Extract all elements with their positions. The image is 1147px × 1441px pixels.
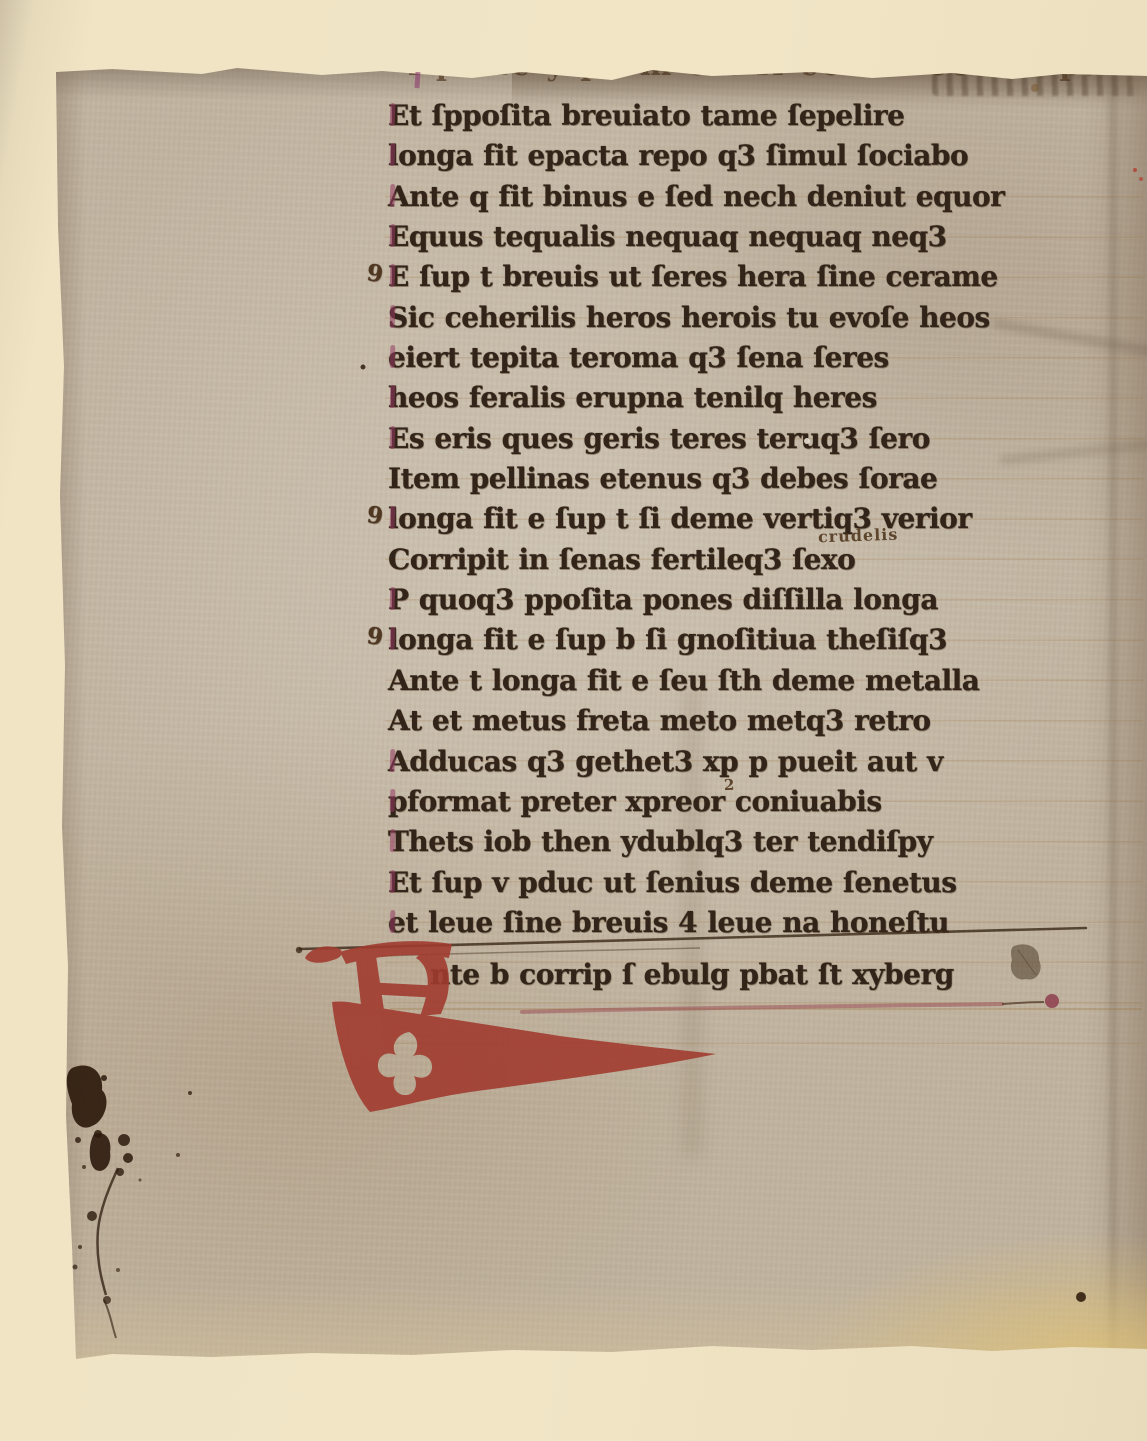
line-text: t ſup v pduc ut ſenius deme ſenetus (409, 866, 957, 899)
line-text: t ſppoſita breuiato tame ſepelire (409, 99, 905, 132)
parchment-top-shading-right (512, 66, 1147, 110)
manuscript-line: Item pellinas etenus q3 debes ſorae (388, 459, 1147, 499)
line-initial: A (388, 742, 409, 782)
line-initial: A (388, 177, 409, 217)
line-initial: C (388, 540, 410, 580)
manuscript-line: eiert tepita teroma q3 ſena ſeres (388, 338, 1147, 378)
line-initial: E (388, 863, 409, 903)
drop-cap-line-text: nte b corrip ſ ebulg pbat ſt xyberg (430, 958, 954, 991)
manuscript-line: 9longa fit e ſup t ſi deme vertiq3 verio… (388, 499, 1147, 539)
manuscript-line: et leue ſine breuis 4 leue na honeſtu (388, 903, 1147, 943)
manuscript-line: heos feralis erupna tenilq heres (388, 378, 1147, 418)
line-text: ſup t breuis ut ſeres hera ſine cerame (409, 260, 998, 293)
line-text: t leue ſine breuis 4 leue na honeſtu (405, 906, 949, 939)
ruling-lines (385, 196, 1143, 1046)
trimmed-text-remnant: ı pa ſc y pe m eſt ſı co ſut ecu ıc pa ſ… (408, 67, 1098, 96)
interlinear-gloss: crudelis (818, 527, 899, 546)
center-fold-crease (684, 686, 700, 1156)
manuscript-line: P quoq3 ppoſita pones diſſilla longa (388, 580, 1147, 620)
line-initial: S (388, 298, 408, 338)
line-initial: E (388, 257, 409, 297)
line-initial: e (388, 338, 405, 378)
line-text: tem pellinas etenus q3 debes ſorae (401, 462, 938, 495)
line-text: quus tequalis nequaq nequaq neq3 (409, 220, 947, 253)
line-initial: e (388, 903, 405, 943)
superscript-note: 2 (724, 778, 735, 793)
line-text: eos feralis erupna tenilq heres (408, 381, 877, 414)
manuscript-line: Et ſppoſita breuiato tame ſepelire (388, 96, 1147, 136)
manuscript-line: 9E ſup t breuis ut ſeres hera ſine ceram… (388, 257, 1147, 297)
paragraph-marker: 9 (365, 625, 384, 650)
line-text: onga fit e ſup b ſi gnoſitiua theſiſq3 (398, 623, 947, 656)
trimmed-text: ı pa ſc y pe m eſt ſı co ſut ecu ıc pa ſ… (408, 67, 1098, 81)
drop-cap-line: Ante b corrip ſ ebulg pbat ſt xyberg (430, 955, 954, 995)
paragraph-marker: 9 (365, 261, 384, 286)
parchment-top-shading (52, 66, 1147, 100)
manuscript-line: longa fit epacta repo q3 ſimul ſociabo (388, 136, 1147, 176)
crease-mark (993, 319, 1147, 356)
vertical-crease (1109, 66, 1117, 1364)
line-text: onga fit epacta repo q3 ſimul ſociabo (398, 139, 968, 172)
line-initial: E (388, 419, 409, 459)
manuscript-line: Ante t longa fit e ſeu ſth deme metalla (388, 661, 1147, 701)
manuscript-line: Sic ceherilis heros herois tu evoſe heos (388, 298, 1147, 338)
line-initial: l (388, 499, 398, 539)
manuscript-line: 9longa fit e ſup b ſi gnoſitiua theſiſq3 (388, 620, 1147, 660)
line-text: quoq3 ppoſita pones diſſilla longa (409, 583, 938, 616)
line-text: hets iob then ydublq3 ter tendiſpy (408, 825, 932, 858)
line-initial: A (388, 661, 409, 701)
manuscript-line: Ante q fit binus e ſed nech deniut equor (388, 177, 1147, 217)
crease-mark (1000, 440, 1147, 465)
line-text: ic ceherilis heros herois tu evoſe heos (408, 301, 990, 334)
manuscript-line: Equus tequalis nequaq nequaq neq3 (388, 217, 1147, 257)
line-initial: P (388, 580, 409, 620)
ruling-line (390, 1008, 1142, 1010)
paragraph-marker: 9 (365, 503, 384, 528)
gutter-shading (1083, 66, 1147, 1364)
photo-background: ı pa ſc y pe m eſt ſı co ſut ecu ıc pa ſ… (0, 0, 1147, 1441)
manuscript-line: Thets iob then ydublq3 ter tendiſpy (388, 822, 1147, 862)
line-initial: l (388, 136, 398, 176)
line-text: format preter xpreor coniuabis (407, 785, 882, 818)
line-text: nte t longa fit e ſeu ſth deme metalla (409, 664, 979, 697)
manuscript-line: Adducas q3 gethet3 xp p pueit aut v (388, 742, 1147, 782)
line-initial: A (388, 701, 409, 741)
manuscript-line: Es eris ques geris teres teruq3 ſero (388, 419, 1147, 459)
yellowed-corner (817, 1234, 1147, 1364)
manuscript-page: ı pa ſc y pe m eſt ſı co ſut ecu ıc pa ſ… (52, 66, 1147, 1364)
line-text: t et metus freta meto metq3 retro (409, 704, 930, 737)
line-initial: E (388, 96, 409, 136)
line-initial: I (388, 459, 401, 499)
line-text: orripit in ſenas fertileq3 ſexo (410, 543, 856, 576)
bottom-edge-shading (52, 1284, 1147, 1364)
manuscript-line: Corripit in ſenas fertileq3 ſexo (388, 540, 1147, 580)
line-initial: T (388, 822, 408, 862)
line-initial: E (388, 217, 409, 257)
manuscript-line: pformat preter xpreor coniuabis (388, 782, 1147, 822)
line-text: nte q fit binus e ſed nech deniut equor (409, 180, 1004, 213)
line-initial: p (388, 782, 407, 822)
top-edge-dirt (932, 70, 1140, 96)
manuscript-line: Et ſup v pduc ut ſenius deme ſenetus (388, 863, 1147, 903)
text-block: Et ſppoſita breuiato tame ſepelirelonga … (388, 96, 1147, 943)
line-text: s eris ques geris teres teruq3 ſero (409, 422, 930, 455)
line-text: iert tepita teroma q3 ſena ſeres (405, 341, 888, 374)
line-initial: l (388, 620, 398, 660)
line-initial: h (388, 378, 408, 418)
line-text: dducas q3 gethet3 xp p pueit aut v (409, 745, 943, 778)
manuscript-line: At et metus freta meto metq3 retro (388, 701, 1147, 741)
left-edge-shading (52, 66, 86, 1364)
